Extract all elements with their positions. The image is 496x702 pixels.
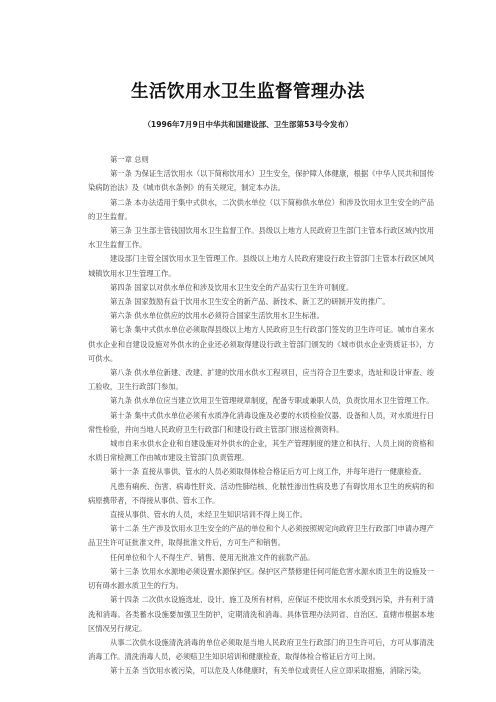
chapter-heading: 第一章 总则 — [88, 153, 434, 167]
paragraph: 任何单位和个人不得生产、销售、使用无批准文件的前款产品。 — [88, 551, 434, 565]
document-subtitle: （1996年7月9日中华共和国建设部、卫生部第53号令发布） — [0, 119, 496, 130]
paragraph: 第二条 本办法适用于集中式供水，二次供水单位（以下简称供水单位）和涉及饮用水卫生… — [88, 196, 434, 224]
document-title: 生活饮用水卫生监督管理办法 — [0, 78, 496, 103]
paragraph: 第三条 卫生部主管钱国饮用水卫生监督工作。县级以上地方人民政府卫生部门主管本行政… — [88, 224, 434, 252]
paragraph: 第十二条 生产涉及饮用水卫生安全的产品的单位和个人必须按照规定向政府卫生行政部门… — [88, 522, 434, 550]
paragraph: 第六条 供水单位供应的饮用水必须符合国家生活饮用水卫生标准。 — [88, 309, 434, 323]
paragraph: 第一条 为保证生活饮用水（以下简称饮用水）卫生安全，保护障人体健康，根据《中华人… — [88, 167, 434, 195]
paragraph: 第十四条 二次供水设施选址、设计、施工及所有材料，应保证不使饮用水水质受到污染，… — [88, 593, 434, 636]
paragraph: 城市自来水供水企业和自建设施对外供水的企业，其生产管理制度的建立和执行、人员上岗… — [88, 437, 434, 465]
paragraph: 建设部门主管全国饮用水卫生管理工作。县级以上地方人民政府建设行政主管部门主管本行… — [88, 252, 434, 280]
paragraph: 第十一条 直接从事供、管水的人员必须取得体检合格证后方可上岗工作，并每年进行一健… — [88, 465, 434, 479]
document-page: 生活饮用水卫生监督管理办法 （1996年7月9日中华共和国建设部、卫生部第53号… — [0, 0, 496, 702]
paragraph: 从事二次供水设施清洗消毒的单位必须取是当地人民政府卫生行政部门的卫生许可后，方可… — [88, 636, 434, 664]
paragraph: 第十三条 饮用水水源地必须设置水源保护区。保护区产禁修建任何可能危害水源水质卫生… — [88, 565, 434, 593]
paragraph: 直接从事供、管水的人员，未经卫生知识培训不得上岗工作。 — [88, 508, 434, 522]
document-body: 第一章 总则 第一条 为保证生活饮用水（以下简称饮用水）卫生安全，保护障人体健康… — [88, 153, 434, 679]
paragraph: 第九条 供水单位应当建立饮用卫生管理规章制度，配备专职或兼职人员，负责饮用水卫生… — [88, 394, 434, 408]
paragraph: 第五条 国家鼓励有益于饮用水卫生安全的新产品、新技术、新工艺的研制开发的推广。 — [88, 295, 434, 309]
paragraph: 凡患有痢疾、伤害、病毒性肝炎、活动性肺结核、化脓性渗出性病及患了有碍饮用水卫生的… — [88, 480, 434, 508]
paragraph: 第八条 供水单位新建、改建、扩建的饮用水供水工程项目，应当符合卫生要求，选址和设… — [88, 366, 434, 394]
paragraph: 第四条 国家以对供水单位和涉及饮用水卫生安全的产品实行卫生许可制度。 — [88, 281, 434, 295]
paragraph: 第十五条 当饮用水被污染，可以危及人体健康时，有关单位或责任人应立即采取措施，消… — [88, 664, 434, 678]
paragraph: 第十条 集中式供水单位必须有水质净化消毒设施及必要的水质检验仪器、设备和人员，对… — [88, 409, 434, 437]
paragraph: 第七条 集中式供水单位必须取得县级以上地方人民政府卫生行政部门签发的卫生许可证。… — [88, 323, 434, 366]
